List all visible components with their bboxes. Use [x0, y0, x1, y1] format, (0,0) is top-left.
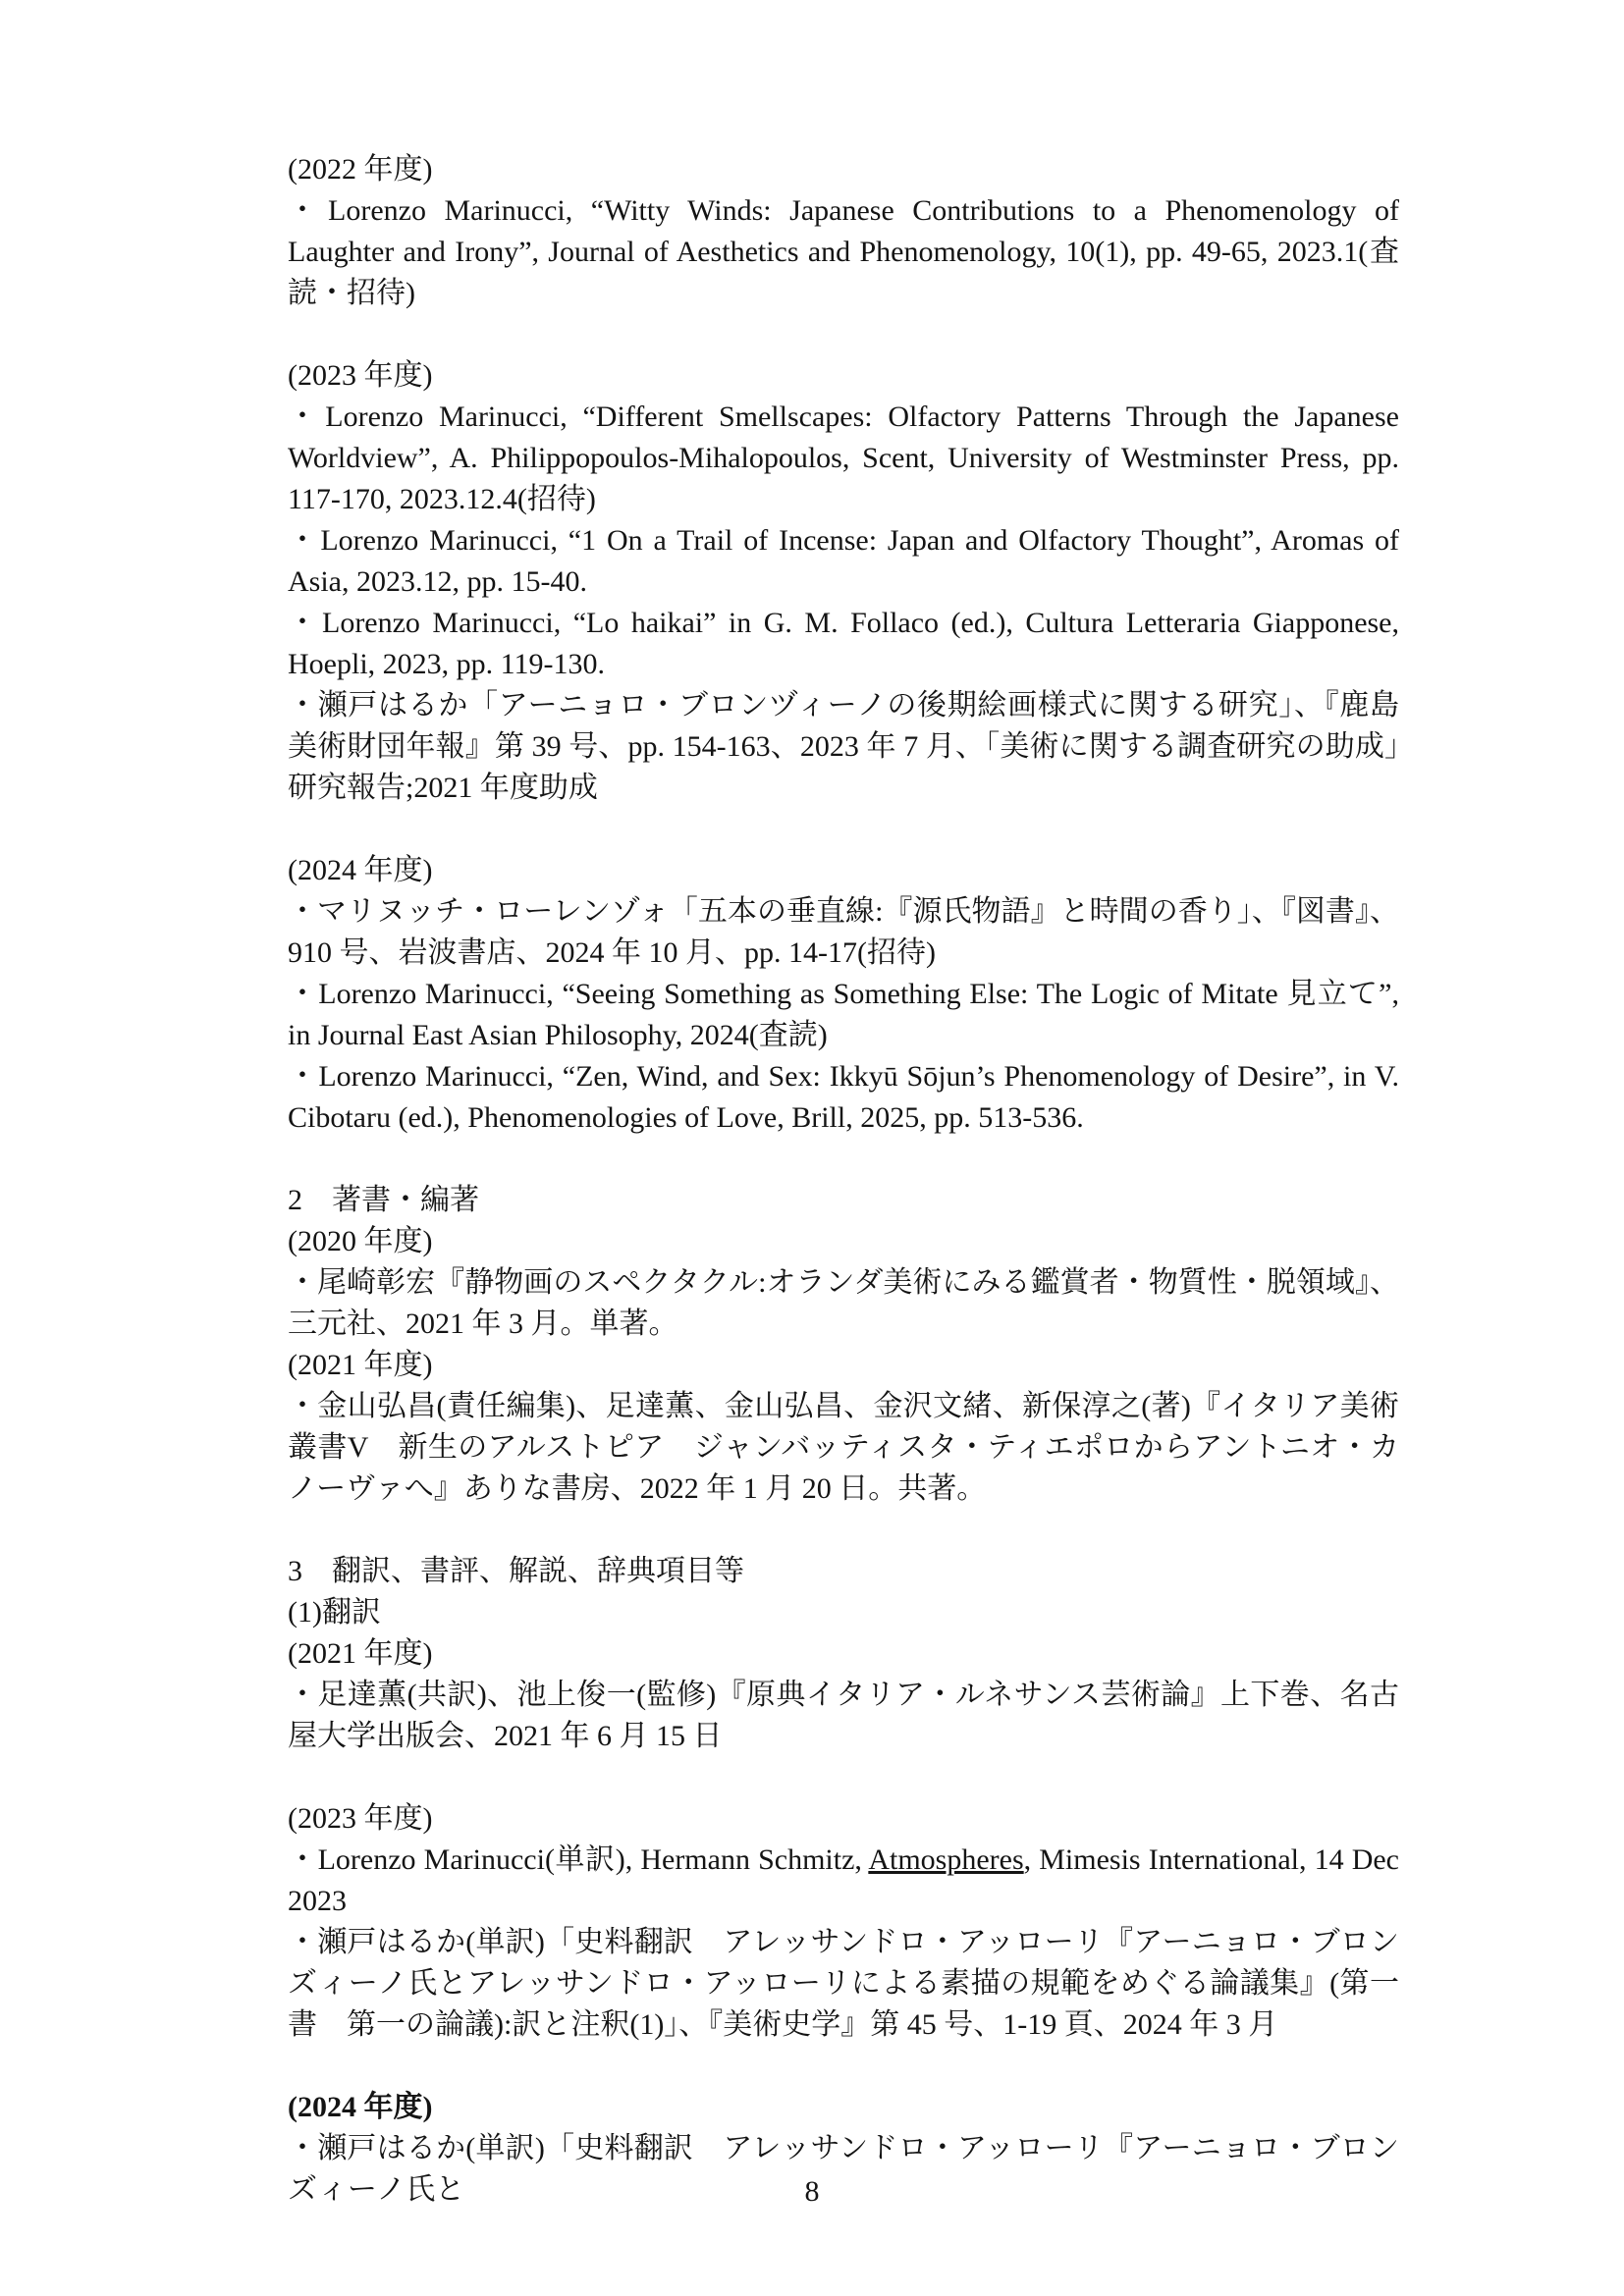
publication-entry: ・足達薫(共訳)、池上俊一(監修)『原典イタリア・ルネサンス芸術論』上下巻、名古… [288, 1675, 1399, 1757]
underlined-title: Atmospheres [868, 1843, 1023, 1876]
subsection-heading-translation: (1)翻訳 [288, 1592, 1399, 1633]
year-heading: (2021 年度) [288, 1345, 1399, 1386]
publication-entry: ・尾崎彰宏『静物画のスペクタクル:オランダ美術にみる鑑賞者・物質性・脱領域』、三… [288, 1262, 1399, 1345]
blank-line [288, 809, 1399, 850]
blank-line [288, 1510, 1399, 1551]
page-content: (2022 年度) ・Lorenzo Marinucci, “Witty Win… [288, 149, 1399, 2211]
blank-line [288, 1139, 1399, 1180]
publication-entry: ・Lorenzo Marinucci, “Zen, Wind, and Sex:… [288, 1056, 1399, 1139]
year-heading: (2023 年度) [288, 355, 1399, 397]
entry-text: ・Lorenzo Marinucci(単訳), Hermann Schmitz, [288, 1843, 868, 1876]
publication-entry: ・Lorenzo Marinucci(単訳), Hermann Schmitz,… [288, 1840, 1399, 1922]
publication-entry: ・Lorenzo Marinucci, “Lo haikai” in G. M.… [288, 603, 1399, 685]
publication-entry: ・Lorenzo Marinucci, “1 On a Trail of Inc… [288, 520, 1399, 603]
document-page: (2022 年度) ・Lorenzo Marinucci, “Witty Win… [0, 0, 1624, 2296]
blank-line [288, 314, 1399, 355]
year-heading: (2021 年度) [288, 1633, 1399, 1675]
publication-entry: ・金山弘昌(責任編集)、足達薫、金山弘昌、金沢文緒、新保淳之(著)『イタリア美術… [288, 1386, 1399, 1510]
year-heading: (2022 年度) [288, 149, 1399, 190]
page-number: 8 [0, 2171, 1624, 2213]
year-heading: (2024 年度) [288, 850, 1399, 891]
blank-line [288, 1757, 1399, 1798]
publication-entry: ・Lorenzo Marinucci, “Different Smellscap… [288, 397, 1399, 520]
publication-entry: ・Lorenzo Marinucci, “Witty Winds: Japane… [288, 190, 1399, 314]
year-heading: (2024 年度) [288, 2087, 1399, 2128]
section-heading-translations: 3 翻訳、書評、解説、辞典項目等 [288, 1551, 1399, 1592]
section-heading-books: 2 著書・編著 [288, 1180, 1399, 1221]
publication-entry: ・瀬戸はるか(単訳)「史料翻訳 アレッサンドロ・アッローリ『アーニョロ・ブロンズ… [288, 1922, 1399, 2046]
publication-entry: ・Lorenzo Marinucci, “Seeing Something as… [288, 974, 1399, 1056]
blank-line [288, 2046, 1399, 2087]
publication-entry: ・瀬戸はるか「アーニョロ・ブロンヅィーノの後期絵画様式に関する研究」、『鹿島美術… [288, 685, 1399, 809]
year-heading: (2023 年度) [288, 1798, 1399, 1840]
year-heading: (2020 年度) [288, 1221, 1399, 1262]
publication-entry: ・マリヌッチ・ローレンゾォ「五本の垂直線:『源氏物語』と時間の香り」、『図書』、… [288, 891, 1399, 974]
